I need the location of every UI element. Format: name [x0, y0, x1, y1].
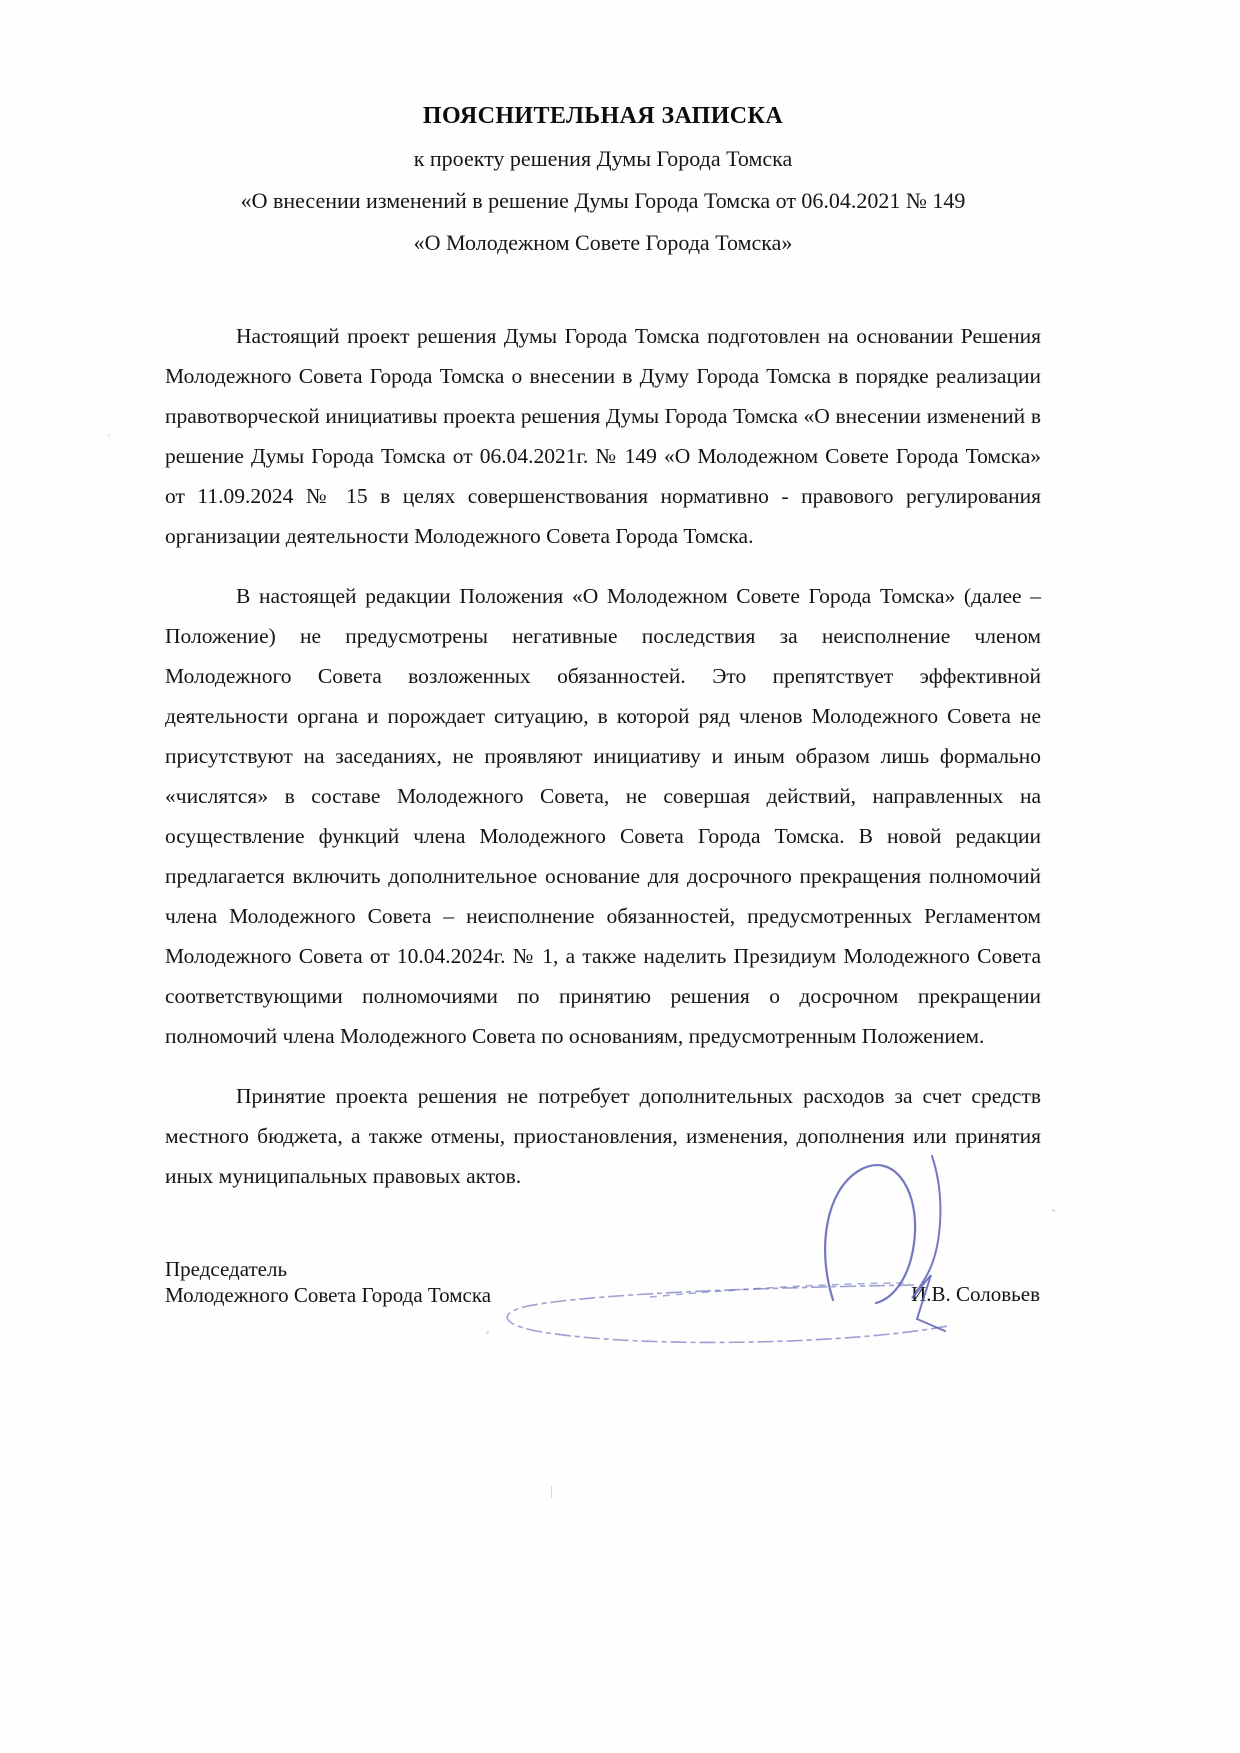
document-header: ПОЯСНИТЕЛЬНАЯ ЗАПИСКА к проекту решения … — [165, 0, 1041, 264]
signatory-name: И.В. Соловьев — [908, 1282, 1040, 1307]
signatory-position-line-1: Председатель — [165, 1256, 491, 1282]
document-body: Настоящий проект решения Думы Города Том… — [165, 316, 1041, 1196]
document-subtitle-line-3: «О Молодежном Совете Города Томска» — [165, 222, 1041, 264]
body-paragraph-2: В настоящей редакции Положения «О Молоде… — [165, 576, 1041, 1056]
body-paragraph-3: Принятие проекта решения не потребует до… — [165, 1076, 1041, 1196]
signatory-position: Председатель Молодежного Совета Города Т… — [165, 1256, 491, 1308]
scan-artifact — [486, 1331, 489, 1334]
scan-artifact — [1052, 1209, 1055, 1212]
scan-artifact — [108, 434, 110, 436]
document-subtitle-line-1: к проекту решения Думы Города Томска — [165, 138, 1041, 180]
scan-artifact — [551, 1486, 552, 1498]
body-paragraph-1: Настоящий проект решения Думы Города Том… — [165, 316, 1041, 556]
signatory-position-line-2: Молодежного Совета Города Томска — [165, 1282, 491, 1308]
signature-ink — [507, 1285, 948, 1342]
scanned-document-page: ПОЯСНИТЕЛЬНАЯ ЗАПИСКА к проекту решения … — [0, 0, 1240, 1753]
signature-ink — [650, 1283, 910, 1297]
document-subtitle-line-2: «О внесении изменений в решение Думы Гор… — [165, 180, 1041, 222]
document-title: ПОЯСНИТЕЛЬНАЯ ЗАПИСКА — [165, 94, 1041, 138]
